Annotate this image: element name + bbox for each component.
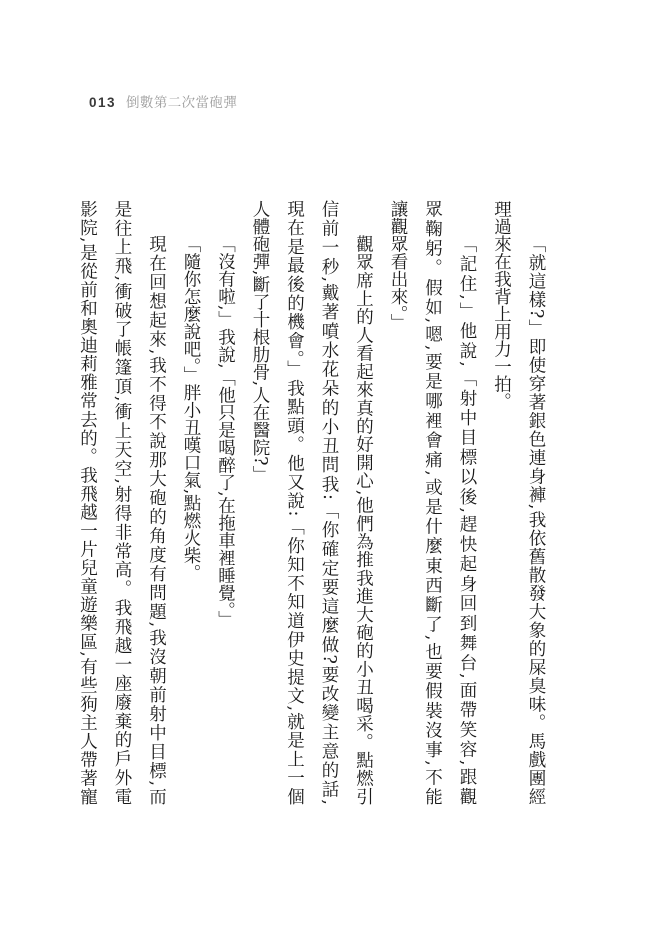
text-column: 現在是最後的機會。」我點頭。他又說:「你知不知道伊史提文,就是上一個 <box>277 200 312 805</box>
text-column: 信前一秒,戴著噴水花朵的小丑問我:「你確定要這麼做?要改變主意的話, <box>312 200 347 805</box>
chapter-title: 倒數第二次當砲彈 <box>126 91 237 111</box>
text-column: 「記住,」他說,「射中目標以後,趕快起身回到舞台,面帶笑容,跟觀 <box>450 200 485 805</box>
text-column: 「就這樣?」即使穿著銀色連身褲,我依舊散發大象的屎臭味。馬戲團經 <box>519 200 554 805</box>
text-column: 影院,是從前和奧迪莉雅常去的。我飛越一片兒童遊樂區,有些狗主人帶著寵 <box>70 200 105 805</box>
text-column: 讓觀眾看出來。」 <box>381 200 416 805</box>
text-column: 現在回想起來,我不得不說那大砲的角度有問題,我沒朝前射中目標,而 <box>139 200 174 805</box>
running-head: 013 倒數第二次當砲彈 <box>89 91 237 111</box>
book-page: 013 倒數第二次當砲彈 「就這樣?」即使穿著銀色連身褲,我依舊散發大象的屎臭味… <box>0 0 663 932</box>
text-column: 「沒有啦,」我說,「他只是喝醉了,在拖車裡睡覺。」 <box>208 200 243 805</box>
text-column: 理過來在我背上用力一拍。 <box>484 200 519 805</box>
text-column: 人體砲彈,斷了十根肋骨,人在醫院?」 <box>243 200 278 805</box>
text-column: 觀眾席上的人看起來真的好開心,他們為推我進大砲的小丑喝采。點燃引 <box>346 200 381 805</box>
vertical-text-block: 「就這樣?」即使穿著銀色連身褲,我依舊散發大象的屎臭味。馬戲團經理過來在我背上用… <box>70 200 553 825</box>
text-column: 眾鞠躬。假如,嗯,要是哪裡會痛,或是什麼東西斷了,也要假裝沒事,不能 <box>415 200 450 805</box>
page-number: 013 <box>89 95 116 110</box>
text-column: 是往上飛,衝破了帳篷頂,衝上天空,射得非常高。我飛越一座廢棄的戶外電 <box>105 200 140 805</box>
text-column: 「隨你怎麼說吧。」胖小丑嘆口氣,點燃火柴。 <box>174 200 209 805</box>
